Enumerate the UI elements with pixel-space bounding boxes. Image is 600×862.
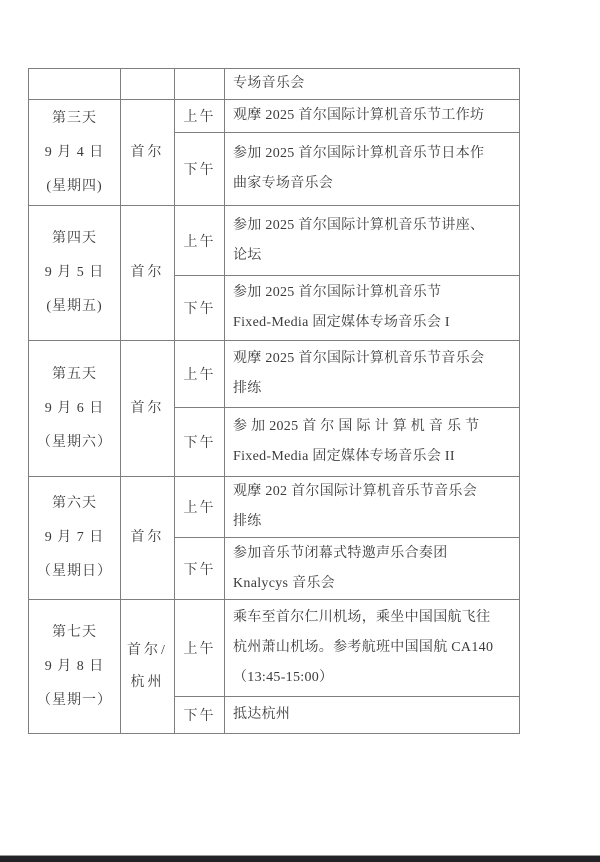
time-cell: 下午 [175, 538, 225, 600]
activity-cell: 观摩 2025 首尔国际计算机音乐节音乐会 排练 [225, 341, 520, 408]
time-cell: 上午 [175, 600, 225, 697]
activity-cell: 专场音乐会 [225, 69, 520, 100]
activity-cell: 参 加 2025 首 尔 国 际 计 算 机 音 乐 节 Fixed-Media… [225, 408, 520, 477]
itinerary-table: 专场音乐会 第三天 9 月 4 日 (星期四) 首尔 上午 观摩 2025 首尔… [28, 68, 520, 734]
city-cell: 首尔 [121, 477, 175, 600]
time-cell: 下午 [175, 276, 225, 341]
table-row: 第六天 9 月 7 日 （星期日） 首尔 上午 观摩 202 首尔国际计算机音乐… [29, 477, 520, 538]
activity-cell: 参加音乐节闭幕式特邀声乐合奏团 Knalycys 音乐会 [225, 538, 520, 600]
time-cell-empty [175, 69, 225, 100]
city-cell: 首尔 [121, 100, 175, 206]
activity-cell: 参加 2025 首尔国际计算机音乐节讲座、 论坛 [225, 206, 520, 276]
time-cell: 上午 [175, 100, 225, 133]
time-cell: 下午 [175, 408, 225, 477]
city-cell-empty [121, 69, 175, 100]
day-cell: 第七天 9 月 8 日 （星期一） [29, 600, 121, 734]
activity-cell: 观摩 202 首尔国际计算机音乐节音乐会 排练 [225, 477, 520, 538]
city-cell: 首尔/ 杭州 [121, 600, 175, 734]
time-cell: 上午 [175, 341, 225, 408]
window-bottom-edge [0, 855, 600, 862]
day-cell-empty [29, 69, 121, 100]
city-cell: 首尔 [121, 206, 175, 341]
day-cell: 第六天 9 月 7 日 （星期日） [29, 477, 121, 600]
activity-cell: 观摩 2025 首尔国际计算机音乐节工作坊 [225, 100, 520, 133]
activity-cell: 参加 2025 首尔国际计算机音乐节日本作 曲家专场音乐会 [225, 133, 520, 206]
time-cell: 上午 [175, 206, 225, 276]
activity-cell: 参加 2025 首尔国际计算机音乐节 Fixed-Media 固定媒体专场音乐会… [225, 276, 520, 341]
activity-cell: 乘车至首尔仁川机场，乘坐中国国航飞往 杭州萧山机场。参考航班中国国航 CA140… [225, 600, 520, 697]
day-cell: 第三天 9 月 4 日 (星期四) [29, 100, 121, 206]
document-page: 专场音乐会 第三天 9 月 4 日 (星期四) 首尔 上午 观摩 2025 首尔… [0, 0, 600, 862]
screen: 专场音乐会 第三天 9 月 4 日 (星期四) 首尔 上午 观摩 2025 首尔… [0, 0, 600, 862]
day-cell: 第四天 9 月 5 日 (星期五) [29, 206, 121, 341]
table-row: 第四天 9 月 5 日 (星期五) 首尔 上午 参加 2025 首尔国际计算机音… [29, 206, 520, 276]
city-cell: 首尔 [121, 341, 175, 477]
time-cell: 下午 [175, 697, 225, 734]
time-cell: 上午 [175, 477, 225, 538]
time-cell: 下午 [175, 133, 225, 206]
table-row: 第五天 9 月 6 日 （星期六） 首尔 上午 观摩 2025 首尔国际计算机音… [29, 341, 520, 408]
table-row: 第三天 9 月 4 日 (星期四) 首尔 上午 观摩 2025 首尔国际计算机音… [29, 100, 520, 133]
activity-cell: 抵达杭州 [225, 697, 520, 734]
day-cell: 第五天 9 月 6 日 （星期六） [29, 341, 121, 477]
table-row: 第七天 9 月 8 日 （星期一） 首尔/ 杭州 上午 乘车至首尔仁川机场，乘坐… [29, 600, 520, 697]
table-row: 专场音乐会 [29, 69, 520, 100]
